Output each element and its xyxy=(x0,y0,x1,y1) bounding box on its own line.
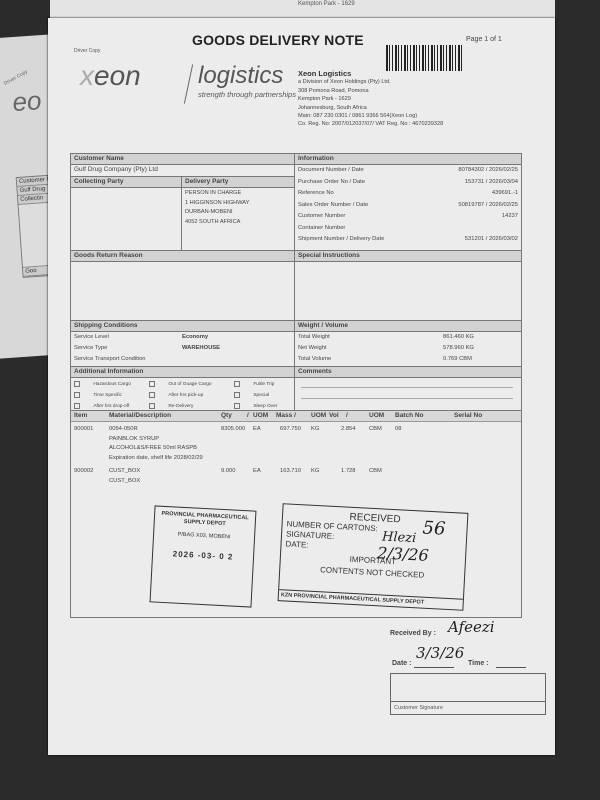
information-value: 531201 / 2026/03/02 xyxy=(465,236,518,242)
cell-mass-uom: KG xyxy=(311,468,319,474)
cell-uom: EA xyxy=(253,468,261,474)
column-header: UOM xyxy=(311,412,326,419)
weight-volume-label: Total Volume xyxy=(298,356,331,362)
cell-vol-uom: CBM xyxy=(369,468,382,474)
checkbox[interactable] xyxy=(234,392,240,398)
weight-volume-header: Weight / Volume xyxy=(295,321,521,332)
information-row: Customer Number 14237 xyxy=(298,213,518,224)
goods-return-header: Goods Return Reason xyxy=(71,251,294,262)
items-table-header: ItemMaterial/DescriptionQty/UOMMass /UOM… xyxy=(71,411,521,422)
logo-tagline: strength through partnerships xyxy=(198,90,296,99)
cell-qty: 9.000 xyxy=(221,468,236,474)
cell-item: 900001 xyxy=(74,426,93,432)
delivery-line: 1 HIGGINSON HIGHWAY xyxy=(185,199,291,209)
information-value: 439691.-1 xyxy=(492,190,518,196)
column-header: Mass / xyxy=(276,412,296,419)
cell-vol-uom: CBM xyxy=(369,426,382,432)
column-header: Serial No xyxy=(454,412,482,419)
additional-option: Out of Guage Cargo xyxy=(149,381,212,387)
additional-option-label: Special xyxy=(253,393,269,398)
additional-option: Fuitle Trip xyxy=(234,381,274,387)
company-line: Co. Reg. No: 2007/012037/07/ VAT Reg. No… xyxy=(298,120,443,128)
additional-option-label: After hrs drop-off xyxy=(93,404,129,409)
additional-option-label: Sleep Over xyxy=(253,404,277,409)
company-address: Xeon Logistics a Division of Xeon Holdin… xyxy=(298,70,443,129)
shipping-value: Economy xyxy=(182,334,208,340)
additional-option-label: After hrs pick-up xyxy=(168,393,203,398)
cell-description: ALCOHOL&S/FREE 50ml RASPB xyxy=(109,445,197,451)
column-header: Vol xyxy=(329,412,339,419)
company-line: Johannesburg, South Africa xyxy=(298,104,443,112)
column-header: / xyxy=(346,412,348,419)
information-row: Shipment Number / Delivery Date 531201 /… xyxy=(298,236,518,247)
time-label: Time : xyxy=(468,660,489,667)
information-value: 14237 xyxy=(502,213,518,219)
company-line: 308 Pomona Road, Pomona xyxy=(298,87,443,95)
special-instructions-section: Special Instructions xyxy=(295,250,521,321)
weight-volume-value: 578.960 KG xyxy=(443,345,474,351)
comments-section: Comments xyxy=(295,366,521,411)
information-row: Reference No 439691.-1 xyxy=(298,190,518,201)
weight-volume-label: Net Weight xyxy=(298,345,327,351)
information-label: Document Number / Date xyxy=(298,167,364,173)
additional-option-label: Re-Delivery xyxy=(168,404,193,409)
weight-volume-value: 861.460 KG xyxy=(443,334,474,340)
company-line: Kempton Park - 1629 xyxy=(298,95,443,103)
logo-brand-a: xeon xyxy=(80,60,141,91)
checkbox[interactable] xyxy=(149,392,155,398)
comments-header: Comments xyxy=(295,367,521,378)
shipping-section: Shipping Conditions Service Level Econom… xyxy=(71,320,295,367)
comment-line xyxy=(301,398,513,399)
delivery-note-page: GOODS DELIVERY NOTE Page 1 of 1 Driver C… xyxy=(48,18,555,755)
information-row: Sales Order Number / Date 50819787 / 202… xyxy=(298,202,518,213)
cell-vol: 2.854 xyxy=(341,426,356,432)
information-value: 50819787 / 2026/02/25 xyxy=(458,202,518,208)
information-row: Purchase Order No / Date 153731 / 2026/0… xyxy=(298,179,518,190)
cell-mass: 163.710 xyxy=(280,468,301,474)
depot-stamp-address: P/BAG X03, MOBENI xyxy=(154,530,254,541)
shipping-label: Service Type xyxy=(74,345,107,351)
cell-item: 900002 xyxy=(74,468,93,474)
date-label: Date : xyxy=(392,660,411,667)
additional-option: Special xyxy=(234,392,269,398)
cell-qty: 8305.000 xyxy=(221,426,245,432)
information-row: Document Number / Date 80784302 / 2026/0… xyxy=(298,167,518,178)
weight-volume-row: Total Weight 861.460 KG xyxy=(298,334,518,345)
cell-material: 0054-050R xyxy=(109,426,138,432)
cell-mass: 697.750 xyxy=(280,426,301,432)
weight-volume-label: Total Weight xyxy=(298,334,330,340)
shipping-row: Service Level Economy xyxy=(74,334,291,345)
information-label: Container Number xyxy=(298,225,345,231)
document-title: GOODS DELIVERY NOTE xyxy=(192,32,364,48)
delivery-line: 4052 SOUTH AFRICA xyxy=(185,218,291,228)
customer-header: Customer Name xyxy=(71,154,294,165)
background-logo-fragment: eo xyxy=(11,85,42,118)
shipping-row: Service Type WAREHOUSE xyxy=(74,345,291,356)
column-header: Qty xyxy=(221,412,232,419)
customer-name: Gulf Drug Company (Pty) Ltd xyxy=(71,165,294,177)
received-by-signature: Afeezi xyxy=(448,618,495,636)
cell-mass-uom: KG xyxy=(311,426,319,432)
company-logo: xeon logistics strength through partners… xyxy=(80,60,141,92)
cell-description: Expiration date, shelf life 2028/02/29 xyxy=(109,455,203,461)
comment-line xyxy=(301,387,513,388)
depot-stamp-name: PROVINCIAL PHARMACEUTICAL SUPPLY DEPOT xyxy=(155,510,256,529)
additional-option: After hrs pick-up xyxy=(149,392,203,398)
depot-stamp-date: 2026 -03- 0 2 xyxy=(153,548,253,562)
column-header: Batch No xyxy=(395,412,424,419)
information-header: Information xyxy=(295,154,521,165)
background-sheet-text: Kempton Park - 1629 xyxy=(298,1,355,7)
delivery-line: PERSON IN CHARGE xyxy=(185,189,291,199)
delivery-party-address: PERSON IN CHARGE 1 HIGGINSON HIGHWAY DUR… xyxy=(182,187,294,250)
handwritten-date: 2/3/26 xyxy=(377,543,429,565)
additional-info-header: Additional Information xyxy=(71,367,294,378)
received-stamp: RECEIVED NUMBER OF CARTONS: SIGNATURE: D… xyxy=(278,503,469,611)
additional-option-label: Out of Guage Cargo xyxy=(168,382,211,387)
copy-label: Driver Copy xyxy=(74,48,100,54)
additional-option: Hazardous Cargo xyxy=(74,381,131,387)
date-line xyxy=(414,667,454,668)
additional-option: Time Specific xyxy=(74,392,122,398)
cell-description: CUST_BOX xyxy=(109,478,140,484)
checkbox[interactable] xyxy=(149,381,155,387)
information-label: Sales Order Number / Date xyxy=(298,202,368,208)
depot-stamp: PROVINCIAL PHARMACEUTICAL SUPPLY DEPOT P… xyxy=(150,505,257,607)
weight-volume-section: Weight / Volume Total Weight 861.460 KG … xyxy=(295,320,521,367)
logo-divider xyxy=(184,64,193,103)
handwritten-cartons: 56 xyxy=(422,518,446,540)
checkbox[interactable] xyxy=(74,403,80,409)
information-label: Shipment Number / Delivery Date xyxy=(298,236,384,242)
checkbox[interactable] xyxy=(234,403,240,409)
goods-return-section: Goods Return Reason xyxy=(71,250,295,321)
additional-option: Re-Delivery xyxy=(149,403,193,409)
shipping-label: Service Level xyxy=(74,334,109,340)
checkbox[interactable] xyxy=(74,381,80,387)
barcode-icon xyxy=(386,45,464,71)
checkbox[interactable] xyxy=(74,392,80,398)
information-label: Reference No xyxy=(298,190,334,196)
cell-material: CUST_BOX xyxy=(109,468,140,474)
cell-description: PAINBLOK SYRUP xyxy=(109,436,159,442)
shipping-value: WAREHOUSE xyxy=(182,345,220,351)
additional-info-section: Additional Information Hazardous Cargo O… xyxy=(71,366,295,411)
cell-batch: 08 xyxy=(395,426,401,432)
background-sheet-top: Kempton Park - 1629 xyxy=(50,0,555,20)
column-header: Item xyxy=(74,412,87,419)
information-value: 153731 / 2026/03/04 xyxy=(465,179,518,185)
additional-option: Sleep Over xyxy=(234,403,277,409)
company-name: Xeon Logistics xyxy=(298,70,443,78)
cell-uom: EA xyxy=(253,426,261,432)
checkbox[interactable] xyxy=(149,403,155,409)
special-instructions-header: Special Instructions xyxy=(295,251,521,262)
checkbox[interactable] xyxy=(234,381,240,387)
additional-option-label: Time Specific xyxy=(93,393,122,398)
shipping-header: Shipping Conditions xyxy=(71,321,294,332)
information-row: Container Number xyxy=(298,225,518,236)
additional-option: After hrs drop-off xyxy=(74,403,129,409)
column-header: UOM xyxy=(253,412,268,419)
cell-vol: 1.728 xyxy=(341,468,356,474)
information-section: Information Document Number / Date 80784… xyxy=(295,154,521,250)
delivery-line: DURBAN-MOBENI xyxy=(185,208,291,218)
customer-section: Customer Name Gulf Drug Company (Pty) Lt… xyxy=(71,154,295,250)
column-header: / xyxy=(247,412,249,419)
customer-signature-box: Customer Signature xyxy=(390,673,546,715)
received-date-handwritten: 3/3/26 xyxy=(416,644,464,662)
column-header: UOM xyxy=(369,412,384,419)
collecting-party-value xyxy=(71,187,182,250)
company-line: a Division of Xeon Holdings (Pty) Ltd. xyxy=(298,78,443,86)
shipping-label: Service Transport Condition xyxy=(74,356,146,362)
weight-volume-value: 0.769 CBM xyxy=(443,356,472,362)
background-copy-label: Driver Copy xyxy=(3,69,29,87)
logo-brand-b: logistics xyxy=(198,62,283,90)
column-header: Material/Description xyxy=(109,412,171,419)
received-by-label: Received By : xyxy=(390,630,436,637)
customer-signature-label: Customer Signature xyxy=(391,701,545,714)
additional-option-label: Hazardous Cargo xyxy=(93,382,131,387)
information-value: 80784302 / 2026/02/25 xyxy=(458,167,518,173)
time-line xyxy=(496,667,526,668)
information-label: Customer Number xyxy=(298,213,345,219)
additional-option-label: Fuitle Trip xyxy=(253,382,274,387)
weight-volume-row: Net Weight 578.960 KG xyxy=(298,345,518,356)
company-line: Main: 087 230 0301 / 0861 9366 564(Xeon … xyxy=(298,112,443,120)
page-number: Page 1 of 1 xyxy=(466,36,502,43)
information-label: Purchase Order No / Date xyxy=(298,179,365,185)
